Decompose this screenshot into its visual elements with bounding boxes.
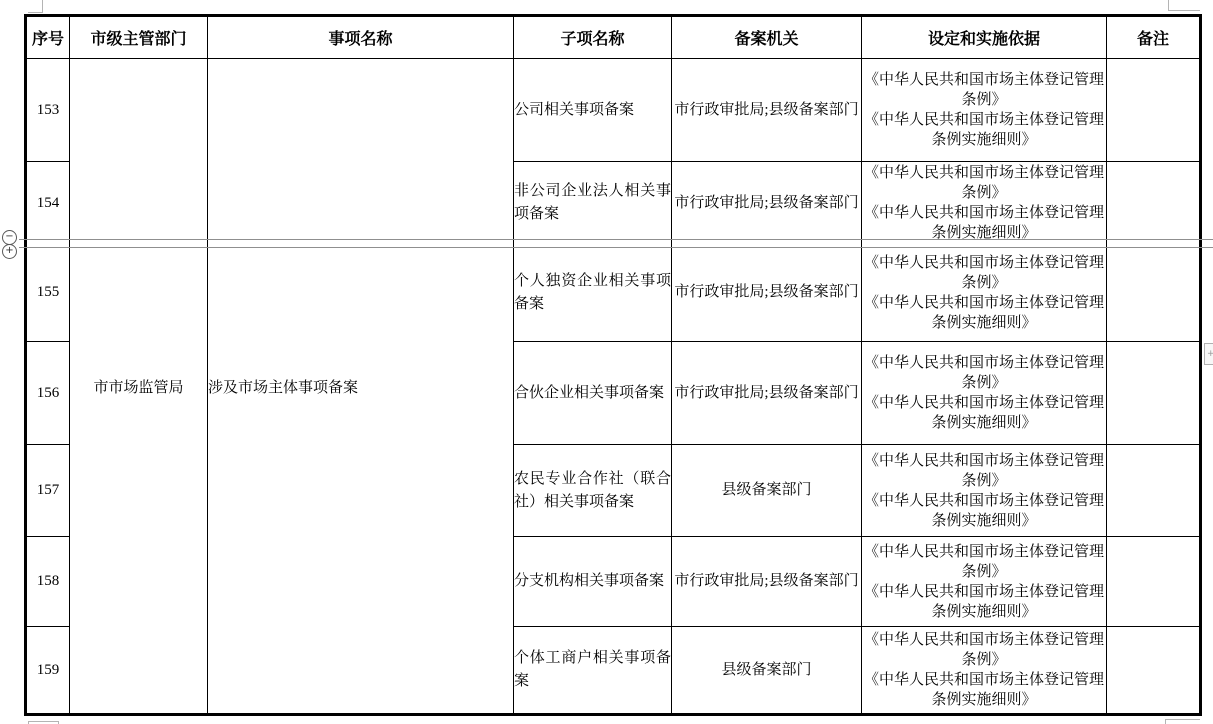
seq-cell: 155 bbox=[26, 245, 70, 342]
seq-cell: 157 bbox=[26, 445, 70, 537]
remark-cell bbox=[1107, 627, 1201, 715]
authority-cell: 市行政审批局;县级备案部门 bbox=[672, 59, 862, 162]
basis-cell: 《中华人民共和国市场主体登记管理条例》 《中华人民共和国市场主体登记管理条例实施… bbox=[862, 627, 1107, 715]
seq-cell: 158 bbox=[26, 537, 70, 627]
basis-cell: 《中华人民共和国市场主体登记管理条例》 《中华人民共和国市场主体登记管理条例实施… bbox=[862, 59, 1107, 162]
subitem-cell: 个体工商户相关事项备案 bbox=[514, 627, 672, 715]
seq-cell: 159 bbox=[26, 627, 70, 715]
subitem-cell: 分支机构相关事项备案 bbox=[514, 537, 672, 627]
remark-cell bbox=[1107, 342, 1201, 445]
remark-cell bbox=[1107, 162, 1201, 245]
seq-cell: 154 bbox=[26, 162, 70, 245]
authority-cell: 市行政审批局;县级备案部门 bbox=[672, 245, 862, 342]
remark-cell bbox=[1107, 537, 1201, 627]
collapse-page-icon[interactable]: − bbox=[2, 230, 17, 245]
subitem-cell: 公司相关事项备案 bbox=[514, 59, 672, 162]
page-corner-mark-bottom-right bbox=[1165, 719, 1200, 724]
authority-cell: 县级备案部门 bbox=[672, 445, 862, 537]
seq-cell: 156 bbox=[26, 342, 70, 445]
basis-cell: 《中华人民共和国市场主体登记管理条例》 《中华人民共和国市场主体登记管理条例实施… bbox=[862, 445, 1107, 537]
authority-cell: 市行政审批局;县级备案部门 bbox=[672, 342, 862, 445]
authority-cell: 县级备案部门 bbox=[672, 627, 862, 715]
remark-cell bbox=[1107, 445, 1201, 537]
col-header-seq: 序号 bbox=[26, 16, 70, 59]
authority-cell: 市行政审批局;县级备案部门 bbox=[672, 537, 862, 627]
side-edge-widget[interactable]: + bbox=[1204, 343, 1213, 365]
page-corner-mark-top-left bbox=[28, 0, 43, 13]
col-header-subitem: 子项名称 bbox=[514, 16, 672, 59]
subitem-cell: 非公司企业法人相关事项备案 bbox=[514, 162, 672, 245]
col-header-authority: 备案机关 bbox=[672, 16, 862, 59]
col-header-item: 事项名称 bbox=[208, 16, 514, 59]
document-page: 序号 市级主管部门 事项名称 子项名称 备案机关 设定和实施依据 备注 153 … bbox=[0, 0, 1213, 724]
filing-items-table: 序号 市级主管部门 事项名称 子项名称 备案机关 设定和实施依据 备注 153 … bbox=[24, 14, 1202, 716]
basis-cell: 《中华人民共和国市场主体登记管理条例》 《中华人民共和国市场主体登记管理条例实施… bbox=[862, 342, 1107, 445]
basis-cell: 《中华人民共和国市场主体登记管理条例》 《中华人民共和国市场主体登记管理条例实施… bbox=[862, 537, 1107, 627]
basis-cell: 《中华人民共和国市场主体登记管理条例》 《中华人民共和国市场主体登记管理条例实施… bbox=[862, 162, 1107, 245]
seq-cell: 153 bbox=[26, 59, 70, 162]
authority-cell: 市行政审批局;县级备案部门 bbox=[672, 162, 862, 245]
col-header-remark: 备注 bbox=[1107, 16, 1201, 59]
subitem-cell: 合伙企业相关事项备案 bbox=[514, 342, 672, 445]
item-name-cell: 涉及市场主体事项备案 bbox=[208, 59, 514, 715]
subitem-cell: 农民专业合作社（联合社）相关事项备案 bbox=[514, 445, 672, 537]
dept-cell: 市市场监管局 bbox=[70, 59, 208, 715]
table-row: 153 市市场监管局 涉及市场主体事项备案 公司相关事项备案 市行政审批局;县级… bbox=[26, 59, 1201, 162]
remark-cell bbox=[1107, 59, 1201, 162]
col-header-basis: 设定和实施依据 bbox=[862, 16, 1107, 59]
table-header-row: 序号 市级主管部门 事项名称 子项名称 备案机关 设定和实施依据 备注 bbox=[26, 16, 1201, 59]
basis-cell: 《中华人民共和国市场主体登记管理条例》 《中华人民共和国市场主体登记管理条例实施… bbox=[862, 245, 1107, 342]
col-header-dept: 市级主管部门 bbox=[70, 16, 208, 59]
page-corner-mark-top-right bbox=[1168, 0, 1200, 11]
subitem-cell: 个人独资企业相关事项备案 bbox=[514, 245, 672, 342]
expand-page-icon[interactable]: + bbox=[2, 244, 17, 259]
remark-cell bbox=[1107, 245, 1201, 342]
